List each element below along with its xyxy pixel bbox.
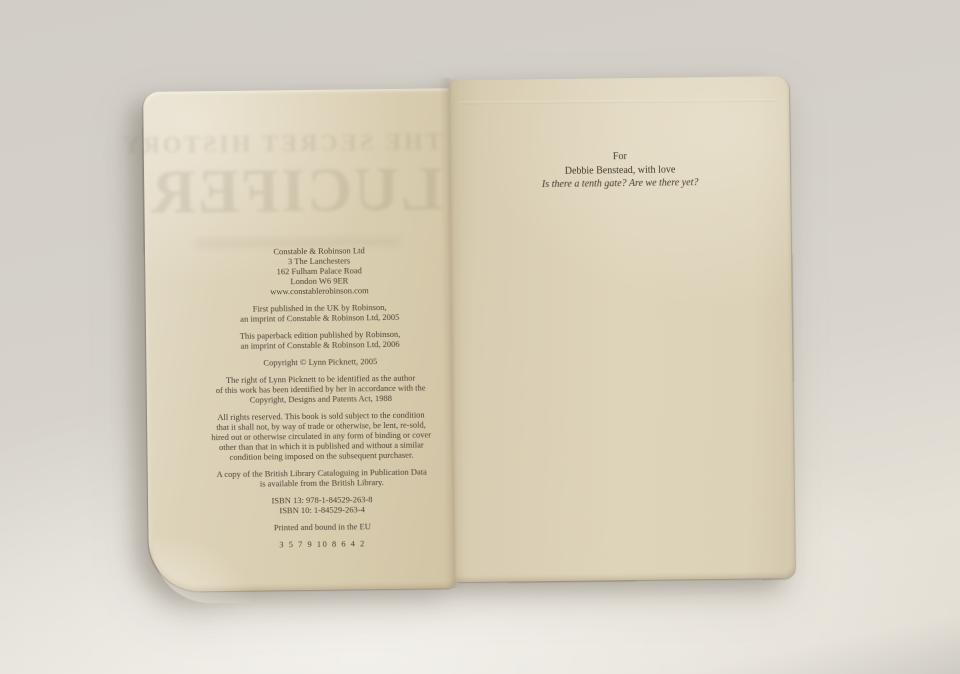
printed-line: Printed and bound in the EU: [182, 520, 462, 533]
text-line: an imprint of Constable & Robinson Ltd, …: [180, 338, 460, 351]
publisher-url: www.constablerobinson.com: [179, 284, 459, 297]
ghost-title-line: THE SECRET HISTORY: [152, 130, 442, 159]
dedication-block: For Debbie Benstead, with love Is there …: [470, 148, 770, 192]
copyright-line: Copyright © Lynn Picknett, 2005: [180, 355, 460, 368]
print-run-numbers: 3 5 7 9 10 8 6 4 2: [183, 537, 463, 550]
text-line: an imprint of Constable & Robinson Ltd, …: [180, 311, 460, 324]
dedication-page: For Debbie Benstead, with love Is there …: [449, 76, 795, 582]
rights-assertion-block: The right of Lynn Picknett to be identif…: [180, 372, 460, 405]
first-published-block: First published in the UK by Robinson, a…: [180, 301, 460, 324]
dedication-epigraph: Is there a tenth gate? Are we there yet?: [470, 175, 770, 192]
isbn10-line: ISBN 10: 1-84529-263-4: [182, 503, 462, 516]
cip-block: A copy of the British Library Cataloguin…: [182, 466, 462, 489]
open-book: THE SECRET HISTORY LUCIFER Constable & R…: [143, 72, 795, 594]
paperback-edition-block: This paperback edition published by Robi…: [180, 328, 460, 351]
show-through-title: THE SECRET HISTORY LUCIFER: [152, 130, 443, 249]
photo-scene: THE SECRET HISTORY LUCIFER Constable & R…: [0, 0, 960, 674]
all-rights-reserved-block: All rights reserved. This book is sold s…: [181, 409, 462, 462]
publisher-address-block: Constable & Robinson Ltd 3 The Lancheste…: [179, 244, 460, 297]
isbn-block: ISBN 13: 978-1-84529-263-8 ISBN 10: 1-84…: [182, 493, 462, 516]
copyright-page: THE SECRET HISTORY LUCIFER Constable & R…: [143, 88, 455, 592]
imprint-text-block: Constable & Robinson Ltd 3 The Lancheste…: [179, 244, 463, 551]
ghost-title-word: LUCIFER: [152, 158, 443, 227]
